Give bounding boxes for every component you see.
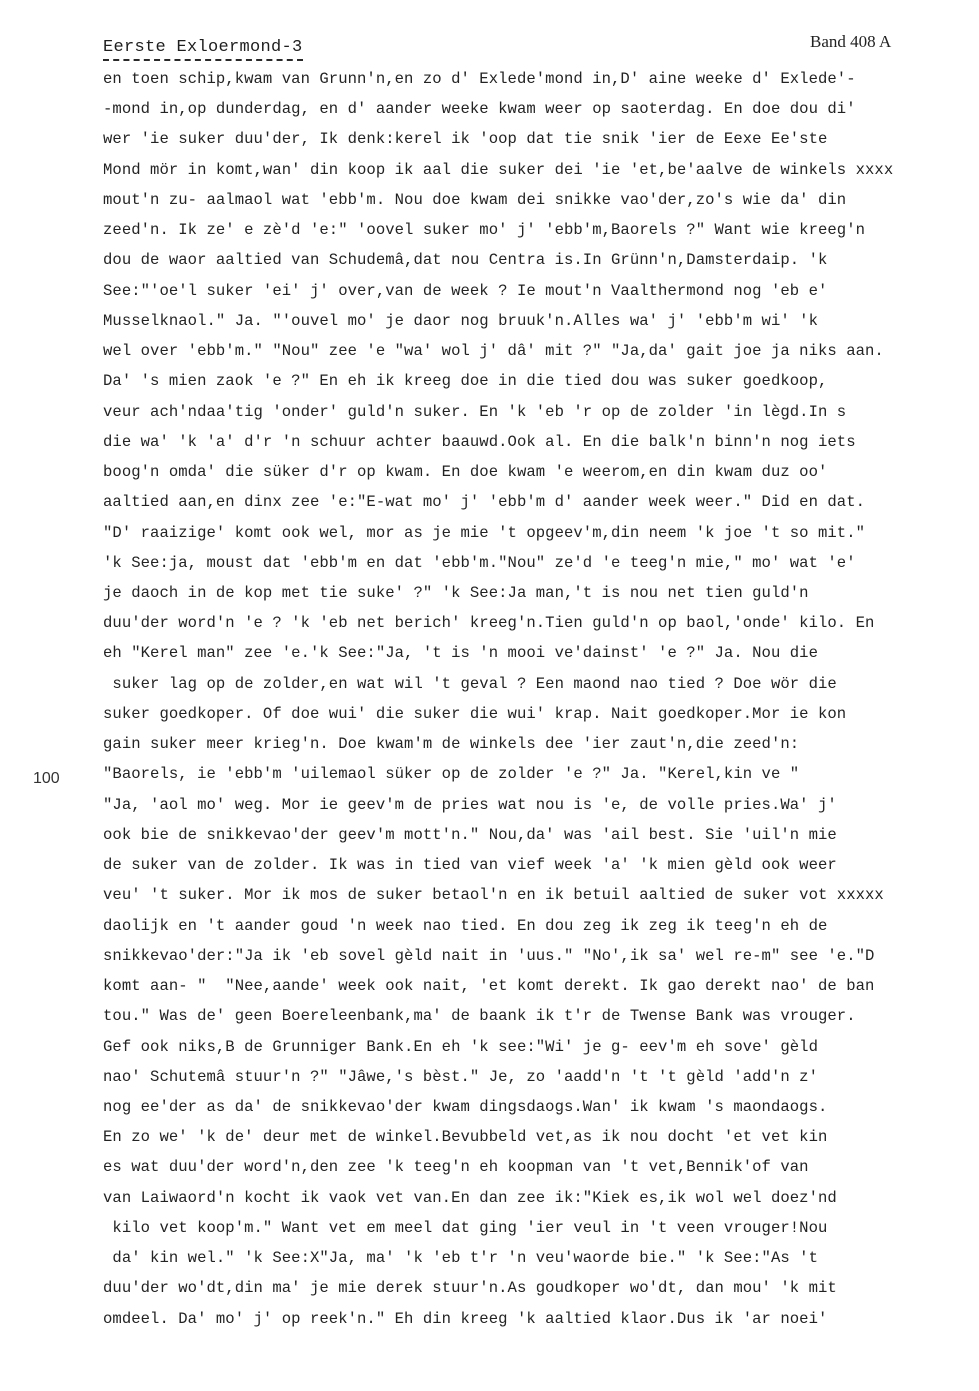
text-line: duu'der word'n 'e ? 'k 'eb net berich' k… [103,608,979,638]
text-line: de suker van de zolder. Ik was in tied v… [103,850,979,880]
text-line: wel over 'ebb'm." "Nou" zee 'e "wa' wol … [103,336,979,366]
text-line: en toen schip,kwam van Grunn'n,en zo d' … [103,64,979,94]
text-line: nog ee'der as da' de snikkevao'der kwam … [103,1092,979,1122]
text-line: gain suker meer krieg'n. Doe kwam'm de w… [103,729,979,759]
text-line: Musselknaol." Ja. "'ouvel mo' je daor no… [103,306,979,336]
text-line: komt aan- " "Nee,aande' week ook nait, '… [103,971,979,1001]
text-line: "Baorels, ie 'ebb'm 'uilemaol süker op d… [103,759,979,789]
text-line: ook bie de snikkevao'der geev'm mott'n."… [103,820,979,850]
transcript-body: en toen schip,kwam van Grunn'n,en zo d' … [103,64,979,1334]
text-line: "D' raaizige' komt ook wel, mor as je mi… [103,518,979,548]
text-line: es wat duu'der word'n,den zee 'k teeg'n … [103,1152,979,1182]
text-line: omdeel. Da' mo' j' op reek'n." Eh din kr… [103,1304,979,1334]
text-line: daolijk en 't aander goud 'n week nao ti… [103,911,979,941]
text-line: En zo we' 'k de' deur met de winkel.Bevu… [103,1122,979,1152]
text-line: suker goedkoper. Of doe wui' die suker d… [103,699,979,729]
text-line: die wa' 'k 'a' d'r 'n schuur achter baau… [103,427,979,457]
text-line: suker lag op de zolder,en wat wil 't gev… [103,669,979,699]
text-line: veur ach'ndaa'tig 'onder' guld'n suker. … [103,397,979,427]
text-line: kilo vet koop'm." Want vet em meel dat g… [103,1213,979,1243]
band-label: Band 408 A [810,32,891,52]
text-line: -mond in,op dunderdag, en d' aander week… [103,94,979,124]
text-line: je daoch in de kop met tie suke' ?" 'k S… [103,578,979,608]
text-line: boog'n omda' die süker d'r op kwam. En d… [103,457,979,487]
text-line: Gef ook niks,B de Grunniger Bank.En eh '… [103,1032,979,1062]
text-line: van Laiwaord'n kocht ik vaok vet van.En … [103,1183,979,1213]
text-line: Mond mör in komt,wan' din koop ik aal di… [103,155,979,185]
text-line: mout'n zu- aalmaol wat 'ebb'm. Nou doe k… [103,185,979,215]
text-line: Da' 's mien zaok 'e ?" En eh ik kreeg do… [103,366,979,396]
text-line: eh "Kerel man" zee 'e.'k See:"Ja, 't is … [103,638,979,668]
document-title: Eerste Exloermond-3 [103,38,303,61]
text-line: da' kin wel." 'k See:X"Ja, ma' 'k 'eb t'… [103,1243,979,1273]
text-line: tou." Was de' geen Boereleenbank,ma' de … [103,1001,979,1031]
text-line: zeed'n. Ik ze' e zè'd 'e:" 'oovel suker … [103,215,979,245]
text-line: dou de waor aaltied van Schudemâ,dat nou… [103,245,979,275]
text-line: aaltied aan,en dinx zee 'e:"E-wat mo' j'… [103,487,979,517]
text-line: "Ja, 'aol mo' weg. Mor ie geev'm de prie… [103,790,979,820]
text-line: wer 'ie suker duu'der, Ik denk:kerel ik … [103,124,979,154]
document-page: Eerste Exloermond-3 Band 408 A 100 en to… [0,0,979,1391]
text-line: veu' 't suker. Mor ik mos de suker betao… [103,880,979,910]
text-line: snikkevao'der:"Ja ik 'eb sovel gèld nait… [103,941,979,971]
text-line: 'k See:ja, moust dat 'ebb'm en dat 'ebb'… [103,548,979,578]
text-line: duu'der wo'dt,din ma' je mie derek stuur… [103,1273,979,1303]
text-line: See:"'oe'l suker 'ei' j' over,van de wee… [103,276,979,306]
text-line: nao' Schutemâ stuur'n ?" "Jâwe,'s bèst."… [103,1062,979,1092]
margin-line-number: 100 [33,770,60,788]
